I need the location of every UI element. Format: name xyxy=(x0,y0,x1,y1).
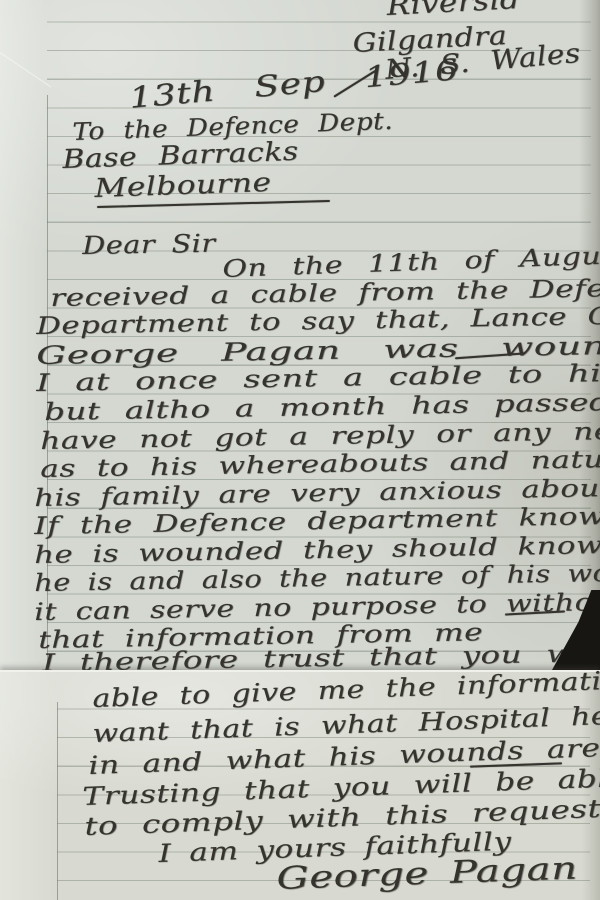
ruled-lines-bottom xyxy=(57,681,590,900)
ruled-lines-top xyxy=(47,0,591,672)
scanned-letter: RiversidGilgandraN. S. Wales13th Sep 191… xyxy=(0,0,600,900)
letter-page-bottom xyxy=(0,670,600,900)
margin-line-top xyxy=(47,95,48,672)
letter-page-top xyxy=(0,0,600,672)
margin-line-bottom xyxy=(57,702,58,900)
paper-crease xyxy=(0,52,51,87)
